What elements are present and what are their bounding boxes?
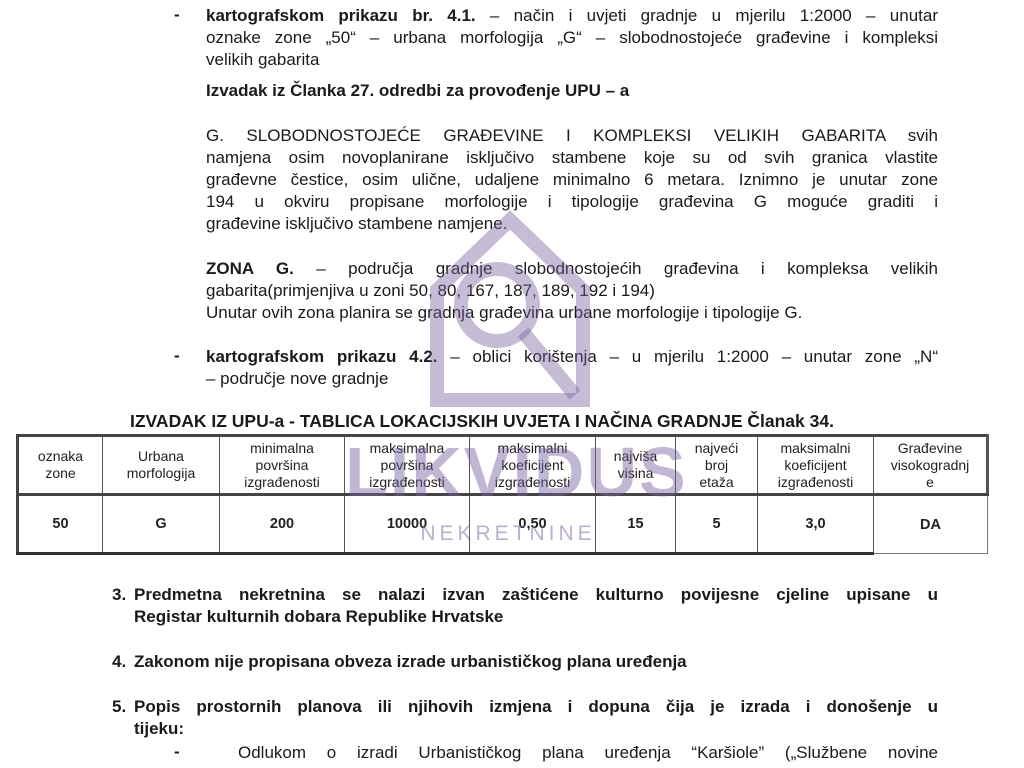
table-header-cell: najvećibrojetaža — [676, 436, 758, 495]
zona-g-line-3: Unutar ovih zona planira se gradnja građ… — [206, 302, 802, 324]
table-cell: G — [103, 495, 220, 554]
table-cell: 15 — [596, 495, 676, 554]
paragraph-g-line: G. SLOBODNOSTOJEĆE GRAĐEVINE I KOMPLEKSI… — [206, 125, 938, 147]
table-cell: DA — [874, 495, 988, 554]
item-number: 4. — [112, 651, 126, 673]
section-a-line-1-text: – način i uvjeti gradnje u mjerilu 1:200… — [476, 6, 938, 25]
header-text: maksimalni — [497, 440, 567, 456]
header-text: izgrađenosti — [495, 474, 571, 490]
section-a-line-3: velikih gabarita — [206, 49, 319, 71]
table-header-cell: maksimalnikoeficijentizgrađenosti — [470, 436, 596, 495]
header-text: površina — [256, 457, 309, 473]
bullet: - — [174, 346, 180, 366]
zona-g-line-2: gabarita(primjenjiva u zoni 50, 80, 167,… — [206, 280, 655, 302]
section-b-line-2: – područje nove gradnje — [206, 368, 388, 390]
table-cell: 5 — [676, 495, 758, 554]
table-header-cell: Građevinevisokogradnje — [874, 436, 988, 495]
section-a-lead: kartografskom prikazu br. 4.1. — [206, 6, 476, 25]
table-header-cell: maksimalnapovršinaizgrađenosti — [345, 436, 470, 495]
bullet: - — [174, 742, 180, 762]
item-5-line-2: tijeku: — [134, 718, 184, 740]
header-text: visokogradnj — [891, 457, 970, 473]
zona-g-line-1-text: – područja gradnje slobodnostojećih građ… — [294, 259, 938, 278]
excerpt-heading: Izvadak iz Članka 27. odredbi za provođe… — [206, 80, 629, 102]
item-4-line-1: Zakonom nije propisana obveza izrade urb… — [134, 651, 687, 673]
zona-g-line-1: ZONA G. – područja gradnje slobodnostoje… — [206, 258, 938, 280]
table-cell: 3,0 — [758, 495, 874, 554]
header-text: izgrađenosti — [369, 474, 445, 490]
table-header-cell: Urbanamorfologija — [103, 436, 220, 495]
header-text: morfologija — [127, 465, 195, 481]
section-b-line-1-text: – oblici korištenja – u mjerilu 1:2000 –… — [438, 347, 938, 366]
item-3-line-1: Predmetna nekretnina se nalazi izvan zaš… — [134, 584, 938, 606]
section-b-lead: kartografskom prikazu 4.2. — [206, 347, 438, 366]
section-a-line-2: oznake zone „50“ – urbana morfologija „G… — [206, 27, 938, 49]
header-text: najviša — [614, 448, 658, 464]
header-text: maksimalna — [370, 440, 445, 456]
header-text: visina — [618, 465, 654, 481]
table-title: IZVADAK IZ UPU-a - TABLICA LOKACIJSKIH U… — [130, 410, 920, 432]
paragraph-g-line: građevne čestice, osim ulične, udaljene … — [206, 169, 938, 191]
table-header-cell: minimalnapovršinaizgrađenosti — [220, 436, 345, 495]
table-header-row: oznakazoneUrbanamorfologijaminimalnapovr… — [18, 436, 988, 495]
table-cell: 50 — [18, 495, 103, 554]
header-text: koeficijent — [501, 457, 563, 473]
header-text: minimalna — [250, 440, 314, 456]
header-text: zone — [45, 465, 75, 481]
item-number: 3. — [112, 584, 126, 606]
section-a-line-1: kartografskom prikazu br. 4.1. – način i… — [206, 5, 938, 27]
table-row: 50G200100000,501553,0DA — [18, 495, 988, 554]
table-cell: 200 — [220, 495, 345, 554]
header-text: oznaka — [38, 448, 83, 464]
table-header-cell: maksimalnikoeficijentizgrađenosti — [758, 436, 874, 495]
header-text: maksimalni — [780, 440, 850, 456]
last-item-text: Odlukom o izradi Urbanističkog plana ure… — [238, 742, 938, 764]
header-text: etaža — [699, 474, 733, 490]
item-number: 5. — [112, 696, 126, 718]
bullet: - — [174, 5, 180, 25]
header-text: površina — [381, 457, 434, 473]
header-text: izgrađenosti — [244, 474, 320, 490]
header-text: broj — [705, 457, 728, 473]
document-page: - kartografskom prikazu br. 4.1. – način… — [0, 0, 1024, 768]
header-text: e — [926, 474, 934, 490]
header-text: najveći — [695, 440, 739, 456]
table-header-cell: oznakazone — [18, 436, 103, 495]
section-b-line-1: kartografskom prikazu 4.2. – oblici kori… — [206, 346, 938, 368]
table-cell: 10000 — [345, 495, 470, 554]
paragraph-g-line: 194 u okviru propisane morfologije i tip… — [206, 191, 938, 213]
header-text: izgrađenosti — [778, 474, 854, 490]
header-text: Urbana — [138, 448, 184, 464]
item-5-line-1: Popis prostornih planova ili njihovih iz… — [134, 696, 938, 718]
header-text: Građevine — [898, 440, 963, 456]
location-conditions-table: oznakazoneUrbanamorfologijaminimalnapovr… — [16, 434, 986, 554]
zona-g-lead: ZONA G. — [206, 259, 294, 278]
table-header-cell: najvišavisina — [596, 436, 676, 495]
item-3-line-2: Registar kulturnih dobara Republike Hrva… — [134, 606, 503, 628]
paragraph-g-line: građevine isključivo stambene namjene. — [206, 213, 507, 235]
paragraph-g-line: namjena osim novoplanirane isključivo st… — [206, 147, 938, 169]
header-text: koeficijent — [784, 457, 846, 473]
table-cell: 0,50 — [470, 495, 596, 554]
